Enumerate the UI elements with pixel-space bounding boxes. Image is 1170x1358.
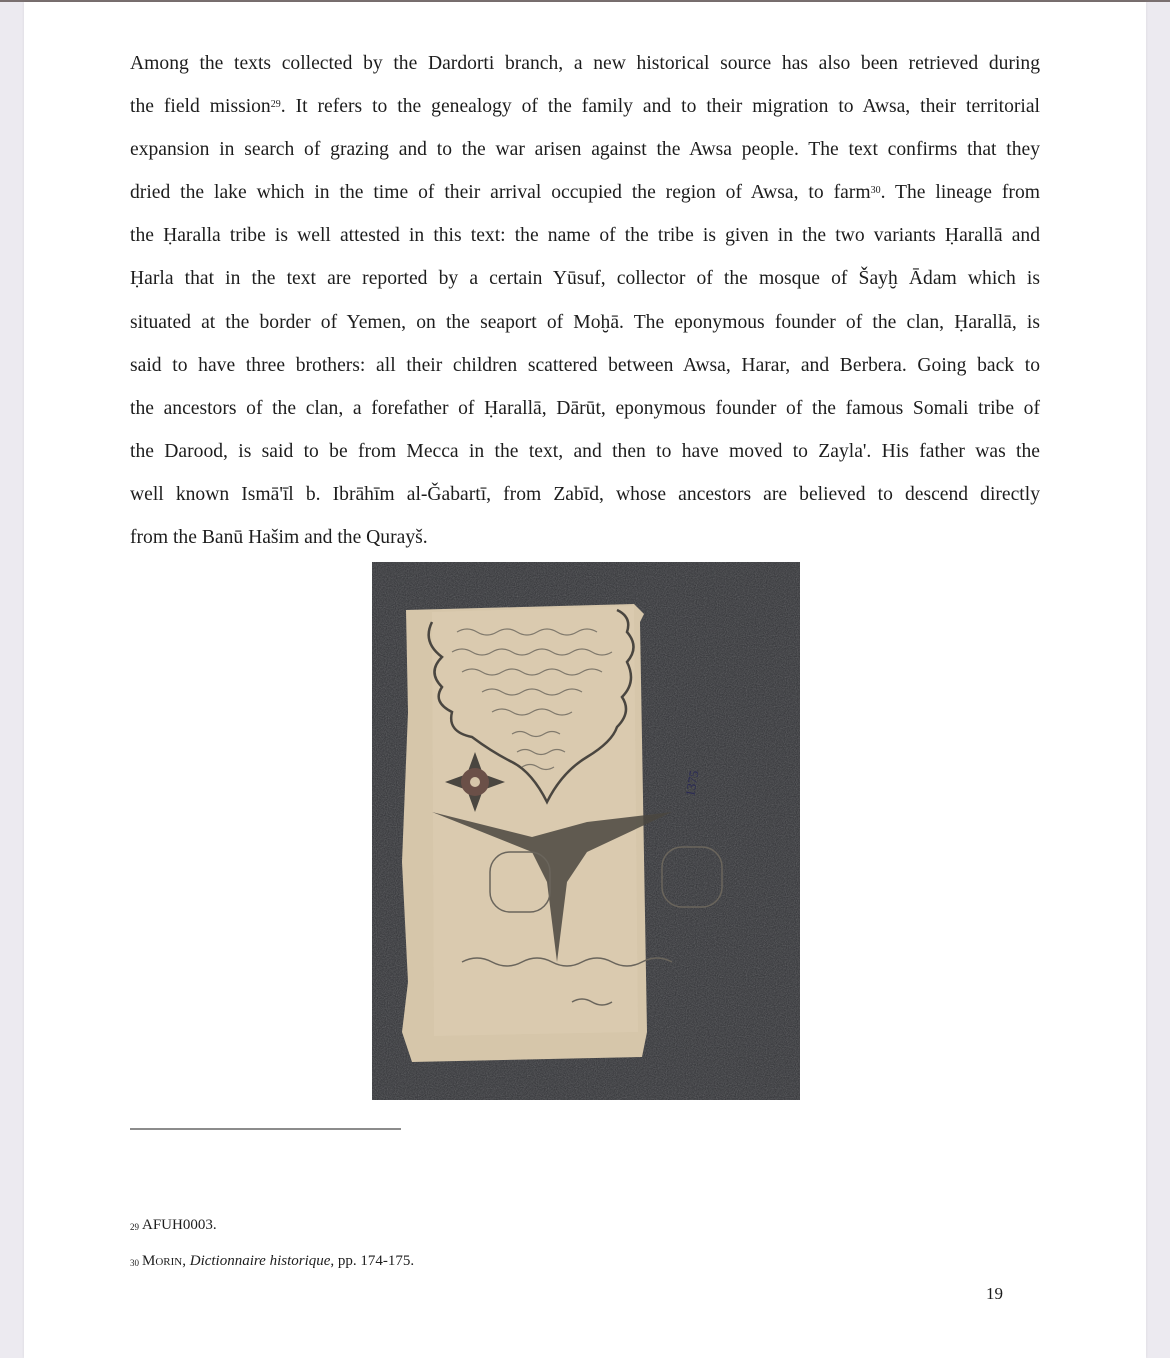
footnote-separator <box>130 1128 401 1130</box>
text-line: expansion in search of grazing and to th… <box>130 128 1040 171</box>
footnote-ref[interactable]: 29 <box>271 99 281 110</box>
footnote-29: 29AFUH0003. <box>130 1210 414 1246</box>
manuscript-photo: 1375 <box>372 562 800 1100</box>
text-line: said to have three brothers: all their c… <box>130 344 1040 387</box>
text-line: the field mission29. It refers to the ge… <box>130 85 1040 128</box>
footnote-title: Dictionnaire historique <box>190 1253 331 1269</box>
footnote-ref[interactable]: 30 <box>871 185 881 196</box>
footnote-pages: , pp. 174-175. <box>330 1253 414 1269</box>
footnotes: 29AFUH0003. 30Morin, Dictionnaire histor… <box>130 1210 414 1282</box>
text-line: the Darood, is said to be from Mecca in … <box>130 430 1040 473</box>
text-line: Among the texts collected by the Dardort… <box>130 42 1040 85</box>
footnote-number: 29 <box>130 1222 139 1232</box>
text-line: from the Banū Hašim and the Qurayš. <box>130 516 1040 559</box>
text-line: well known Ismā'īl b. Ibrāhīm al-Ǧabartī… <box>130 473 1040 516</box>
footnote-30: 30Morin, Dictionnaire historique, pp. 17… <box>130 1246 414 1282</box>
footnote-author: Morin <box>142 1253 182 1269</box>
text-line: the Ḥaralla tribe is well attested in th… <box>130 214 1040 257</box>
footnote-text: AFUH0003. <box>142 1217 217 1233</box>
page-number: 19 <box>986 1284 1003 1304</box>
footnote-number: 30 <box>130 1258 139 1268</box>
document-page: Among the texts collected by the Dardort… <box>24 2 1146 1358</box>
text-line: dried the lake which in the time of thei… <box>130 171 1040 214</box>
body-paragraph: Among the texts collected by the Dardort… <box>130 42 1040 559</box>
text-line: Ḥarla that in the text are reported by a… <box>130 257 1040 300</box>
text-line: the ancestors of the clan, a forefather … <box>130 387 1040 430</box>
text-line: situated at the border of Yemen, on the … <box>130 301 1040 344</box>
